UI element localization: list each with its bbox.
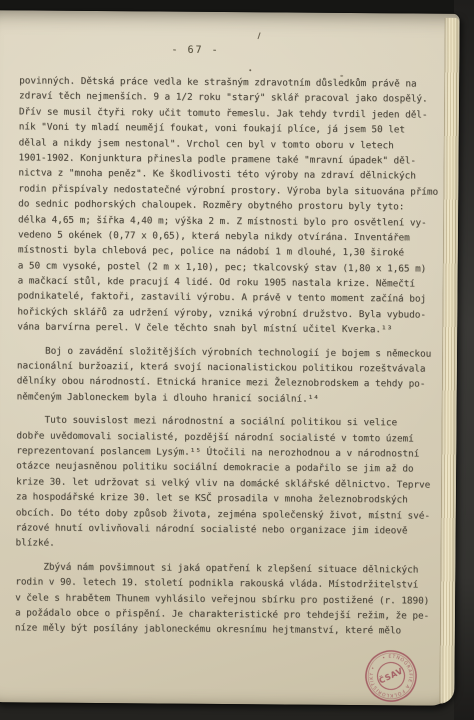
scan-speck	[340, 75, 343, 77]
scanned-book-page: - 67 - povinných. Dětská práce vedla ke …	[0, 0, 474, 720]
text-block: povinných. Dětská práce vedla ke strašný…	[15, 73, 433, 639]
text-line: níze měly být posílány jabloneckému okre…	[15, 621, 429, 640]
text-line: blízké.	[15, 536, 429, 555]
text-line: vána barvírna perel. V čele těchto snah …	[17, 320, 431, 339]
scan-speck	[257, 32, 260, 39]
page-number: - 67 -	[171, 45, 219, 56]
text-line: němčeným Jabloneckem byla i dlouho hrani…	[17, 389, 431, 408]
page-sheet: - 67 - povinných. Dětská práce vedla ke …	[0, 10, 460, 706]
scan-speck	[249, 69, 251, 71]
